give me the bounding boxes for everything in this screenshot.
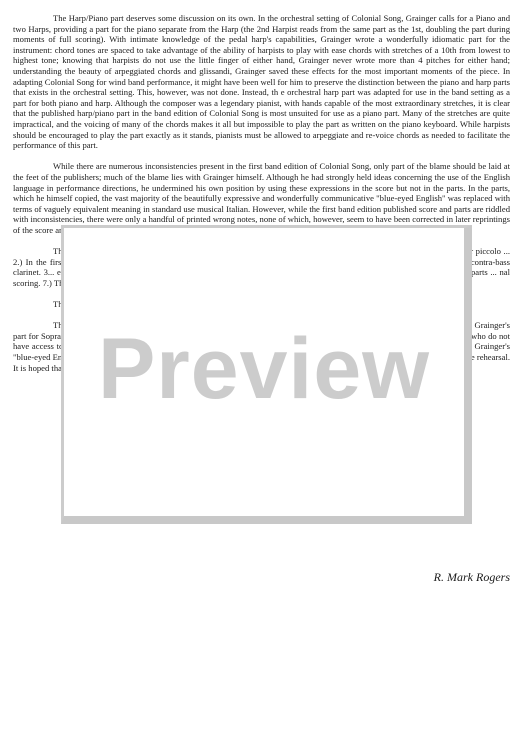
author-signature: R. Mark Rogers [340, 570, 510, 585]
preview-watermark: Preview [64, 320, 464, 419]
preview-overlay: Preview [61, 225, 472, 524]
paragraph-harp-piano: The Harp/Piano part deserves some discus… [13, 13, 510, 151]
